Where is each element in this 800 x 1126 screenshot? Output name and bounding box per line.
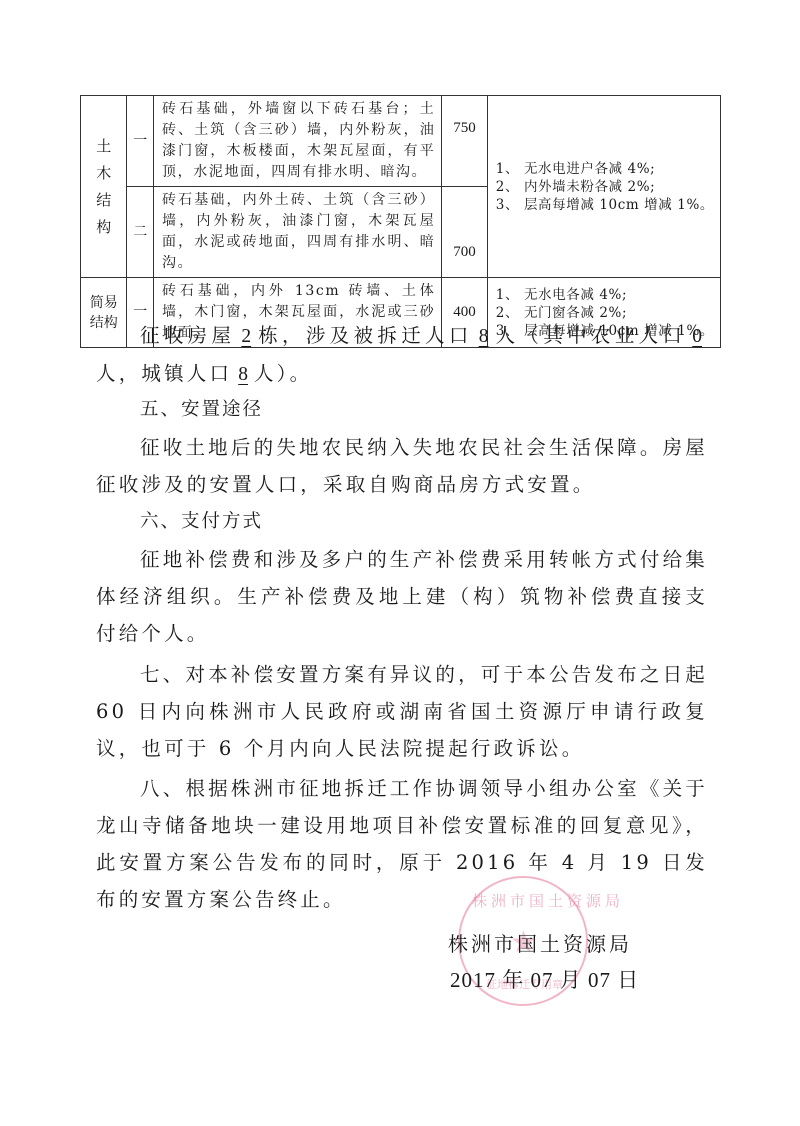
section-5-heading: 五、安置途径 (96, 391, 708, 428)
price-cell: 700 (442, 187, 487, 278)
grade-cell: 一 (127, 96, 154, 187)
grade-cell: 二 (127, 187, 154, 278)
people-count: 8 (473, 326, 495, 347)
houses-count: 2 (235, 326, 257, 347)
section-5-body: 征收土地后的失地农民纳入失地农民社会生活保障。房屋征收涉及的安置人口，采取自购商… (96, 429, 708, 503)
issue-date: 2017 年 07 月 07 日 (450, 964, 639, 994)
price-cell: 750 (442, 96, 487, 187)
category-cell: 土 木 结 构 (81, 96, 127, 278)
seal-top-text: 株洲市国土资源局 (472, 890, 624, 911)
notes-cell: 1、 无水电进户各减 4%; 2、 内外墙未粉各减 2%; 3、 层高每增减 1… (487, 96, 720, 278)
table-row: 土 木 结 构 一 砖石基础，外墙窗以下砖石基台；土砖、土筑（含三砂）墙，内外粉… (81, 96, 721, 187)
section-6-body: 征地补偿费和涉及多户的生产补偿费采用转帐方式付给集体经济组织。生产补偿费及地上建… (96, 541, 708, 652)
description-cell: 砖石基础，内外土砖、土筑（含三砂）墙，内外粉灰，油漆门窗，木架瓦屋面，水泥或砖地… (154, 187, 442, 278)
compensation-standard-table: 土 木 结 构 一 砖石基础，外墙窗以下砖石基台；土砖、土筑（含三砂）墙，内外粉… (80, 95, 721, 348)
issuer-name: 株洲市国土资源局 (448, 928, 632, 957)
section-7-body: 七、对本补偿安置方案有异议的，可于本公告发布之日起 60 日内向株洲市人民政府或… (96, 656, 708, 767)
urban-count: 8 (232, 364, 254, 385)
document-page: 土 木 结 构 一 砖石基础，外墙窗以下砖石基台；土砖、土筑（含三砂）墙，内外粉… (0, 0, 800, 1126)
agricultural-count: 0 (686, 326, 708, 347)
section-6-heading: 六、支付方式 (96, 503, 708, 540)
summary-paragraph: 征收房屋2栋，涉及被拆迁人口8人（其中农业人口0人，城镇人口8人）。 (96, 317, 708, 393)
description-cell: 砖石基础，外墙窗以下砖石基台；土砖、土筑（含三砂）墙，内外粉灰，油漆门窗，木板楼… (154, 96, 442, 187)
